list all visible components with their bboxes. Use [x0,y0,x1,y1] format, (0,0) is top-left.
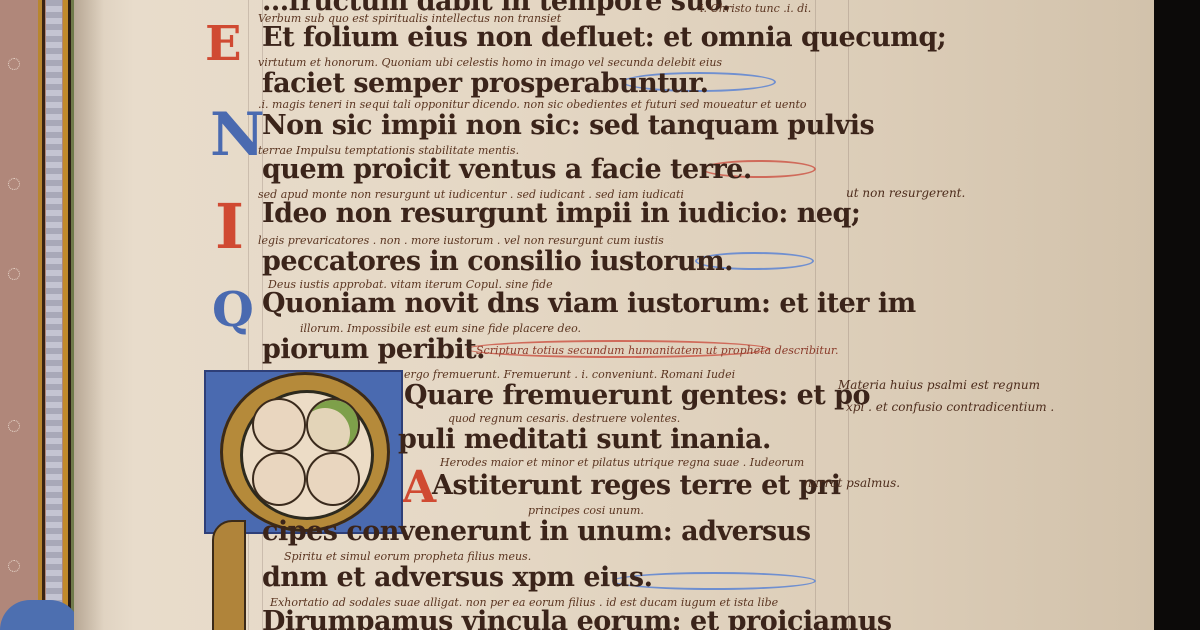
text-line: piorum peribit. [262,334,485,365]
ornament-dot [8,560,20,572]
foliate-lobe [252,452,306,506]
interlinear-gloss: Spiritu et simul eorum propheta filius m… [284,550,531,563]
text-line: cipes convenerunt in unum: adversus [262,516,811,547]
margin-note: xpi . et confusio contradicentium . [846,400,1054,414]
text-line: peccatores in consilio iustorum. [262,246,733,277]
initial-e: E [205,16,242,72]
text-line: Et folium eius non defluet: et omnia que… [262,22,946,53]
text-line: Ideo non resurgunt impii in iudicio: neq… [262,198,860,229]
foliate-lobe [306,452,360,506]
margin-note: narrat psalmus. [804,476,900,490]
interlinear-gloss: principes cosi unum. [528,504,644,517]
margin-note: ut non resurgerent. [846,186,965,200]
interlinear-gloss: .i. magis teneri in sequi tali opponitur… [258,98,807,111]
interlinear-gloss: illorum. Impossibile est eum sine fide p… [300,322,581,335]
text-line: dnm et adversus xpm eius. [262,562,653,593]
interlinear-gloss: legis prevaricatores . non . more iustor… [258,234,664,247]
ornament-dot [8,420,20,432]
interlinear-gloss: Verbum sub quo est spiritualis intellect… [258,12,561,25]
interlinear-gloss: quod regnum cesaris. destruere volentes. [448,412,680,425]
interlinear-gloss: virtutum et honorum. Quoniam ubi celesti… [258,56,722,69]
text-line: faciet semper prosperabuntur. [262,68,708,99]
interlinear-gloss: Herodes maior et minor et pilatus utriqu… [440,456,804,469]
initial-n: N [210,100,265,170]
interlinear-gloss: ergo fremuerunt. Fremuerunt . i. conveni… [404,368,735,381]
gutter-shadow [74,0,104,630]
initial-q: Q [212,282,254,338]
illuminated-initial-tail [212,520,246,630]
text-line: Dirumpamus vincula eorum: et proiciamus [262,606,892,630]
foliate-lobe [252,398,306,452]
frame-silver-band [46,0,62,630]
interlinear-gloss: sed apud monte non resurgunt ut iudicent… [258,188,684,201]
interlinear-gloss: Deus iustis approbat. vitam iterum Copul… [268,278,553,291]
text-line: puli meditati sunt inania. [398,424,771,455]
interlinear-gloss: terrae Impulsu temptationis stabilitate … [258,144,519,157]
foliate-lobe [306,398,360,452]
text-line: Astiterunt reges terre et pri [432,470,841,501]
interlinear-gloss: i. Christo tunc .i. di. [700,2,811,15]
text-line: Quoniam novit dns viam iustorum: et iter… [262,288,916,319]
frame-dark-band [42,0,45,630]
text-line: Non sic impii non sic: sed tanquam pulvi… [262,110,874,141]
text-line: quem proicit ventus a facie terre. [262,154,752,185]
margin-note: Materia huius psalmi est regnum [838,378,1040,392]
initial-i: I [215,190,244,263]
ornament-dot [8,178,20,190]
background-edge [1154,0,1200,630]
interlinear-gloss: Scriptura totius secundum humanitatem ut… [476,344,838,357]
interlinear-gloss: Exhortatio ad sodales suae alligat. non … [270,596,778,609]
text-line: Quare fremuerunt gentes: et po [404,380,870,411]
ornament-dot [8,58,20,70]
ornament-dot [8,268,20,280]
